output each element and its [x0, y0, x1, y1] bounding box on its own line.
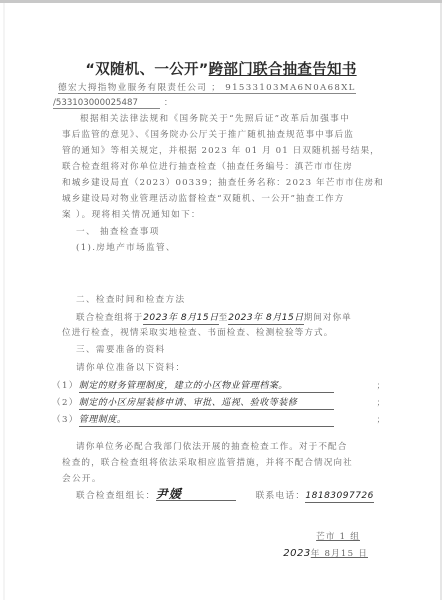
sign-date-rest: 年 8月15 日: [311, 549, 368, 559]
section-2-to: 至: [219, 313, 229, 323]
addressee-line-1: 德宏大拇指物业服务有限责任公司 ； 91533103MA6N0A68XL: [58, 82, 388, 94]
body-line: 和城乡建设局直（2023）00339；抽查任务名称：2023 年芒市市住房和: [62, 177, 392, 189]
material-semicolon: ；: [377, 380, 386, 392]
leader-signature: 尹媛: [156, 488, 236, 501]
closing-line: 请你单位务必配合我部门依法开展的抽查检查工作。对于不配合: [76, 441, 406, 453]
section-1-item: (1).房地产市场监管、: [76, 242, 406, 254]
body-line: 城乡建设局对物业管理活动监督检查“双随机、一公开”抽查工作方: [62, 193, 392, 205]
sign-date-year-handwritten: 2023: [283, 548, 310, 559]
sign-date: 2023年 8月15 日: [278, 547, 368, 559]
leader-label: 联合检查组组长：: [76, 491, 156, 501]
material-item: （3）管理制度。 ；: [52, 414, 392, 427]
start-date-handwritten: 2023年 8月15日: [143, 312, 218, 325]
material-number: （3）: [52, 415, 79, 425]
section-2-line-1: 联合检查组将于2023年 8月15日至2023年 8月15日期间对你单: [76, 312, 406, 325]
notice-document: “双随机、一公开”跨部门联合抽查告知书 德宏大拇指物业服务有限责任公司 ； 91…: [0, 0, 442, 600]
section-2-line-2: 位进行检查，视情采取实地检查、书面检查、检测检验等方式。: [62, 327, 392, 339]
section-3-heading: 三、需要准备的资料: [76, 344, 406, 356]
material-semicolon: ；: [377, 414, 386, 426]
closing-line: 检查的，联合检查组将依法采取相应监管措施，并将不配合情况向社: [62, 457, 392, 469]
material-semicolon: ；: [377, 397, 386, 409]
material-number: （1）: [52, 381, 79, 391]
body-line: 根据相关法律法规和《国务院关于“先照后证”改革后加强事中: [62, 113, 410, 125]
group-name: 芒市 1 组: [290, 530, 360, 542]
material-number: （2）: [52, 398, 79, 408]
material-item: （2）制定的小区房屋装修申请、审批、巡视、验收等装修 ；: [52, 397, 392, 410]
material-text-handwritten: 制定的小区房屋装修申请、审批、巡视、验收等装修: [79, 397, 334, 410]
section-2-heading: 二、检查时间和检查方法: [76, 294, 406, 306]
section-3-intro: 请你单位准备以下资料：: [76, 362, 406, 374]
title-main-part: 跨部门联合抽查告知书: [209, 62, 357, 78]
addressee-code: /533103000025487: [53, 98, 160, 109]
document-title: “双随机、一公开”跨部门联合抽查告知书: [0, 58, 442, 79]
addressee-line-2: /533103000025487：: [53, 97, 383, 109]
body-line: 事后监管的意见》、《国务院办公厅关于推广随机抽查规范事中事后监: [62, 129, 392, 141]
body-line: 管的通知》等相关规定，并根据 2023 年 01 月 01 日双随机摇号结果，: [62, 145, 392, 157]
end-date-handwritten: 2023年 8月15日: [228, 312, 303, 325]
section-1-heading: 一、 抽查检查事项: [76, 226, 406, 238]
addressee-company: 德宏大拇指物业服务有限责任公司 ； 91533103MA6N0A68XL: [58, 83, 356, 94]
material-text-handwritten: 制定的财务管理制度，建立的小区物业管理档案。: [79, 380, 334, 393]
material-text-handwritten: 管理制度。: [79, 414, 334, 427]
material-item: （1）制定的财务管理制度，建立的小区物业管理档案。 ；: [52, 380, 392, 393]
body-line: 案 ）。现将相关情况通知如下：: [62, 209, 392, 221]
body-line: 联合检查组将对你单位进行抽查检查（抽查任务编号：滇芒市市住房: [62, 161, 392, 173]
title-quote-part: “双随机、一公开”: [85, 62, 208, 78]
contact-line: 联合检查组组长：尹媛 联系电话：18183097726: [76, 488, 396, 503]
addressee-colon: ：: [164, 98, 173, 108]
section-2-suffix: 期间对你单: [304, 313, 352, 323]
phone-label: 联系电话：: [256, 491, 306, 501]
closing-line: 会公开。: [62, 473, 392, 485]
phone-handwritten: 18183097726: [305, 490, 374, 503]
section-2-prefix: 联合检查组将于: [76, 313, 143, 323]
